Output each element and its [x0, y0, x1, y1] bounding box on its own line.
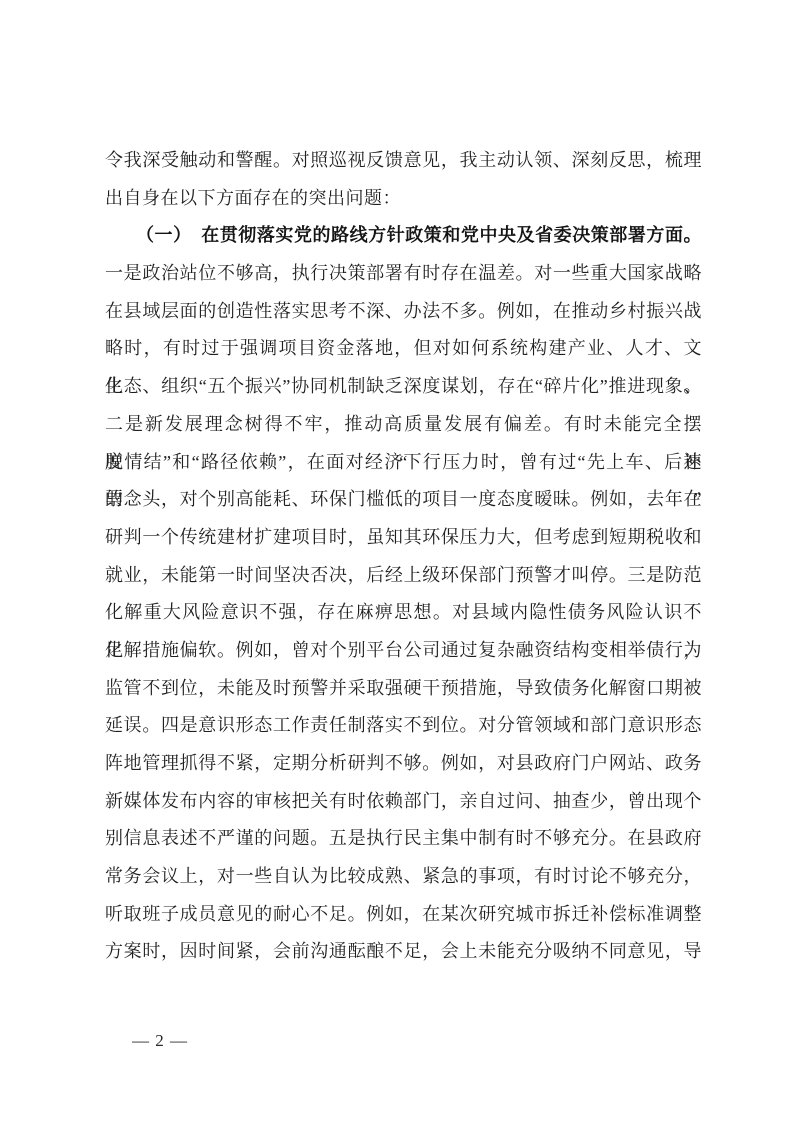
text-line: 一是政治站位不够高，执行决策部署有时存在温差。对一些重大国家战略	[105, 255, 702, 293]
text-line: 阵地管理抓得不紧，定期分析研判不够。例如，对县政府门户网站、政务	[105, 745, 702, 783]
text-line: 别信息表述不严谨的问题。五是执行民主集中制有时不够充分。在县政府	[105, 820, 702, 858]
text-line: 的念头，对个别高能耗、环保门槛低的项目一度态度暧昧。例如，去年在	[105, 481, 702, 519]
text-line: 化解措施偏软。例如，曾对个别平台公司通过复杂融资结构变相举债行为	[105, 632, 702, 670]
text-line: 监管不到位，未能及时预警并采取强硬干预措施，导致债务化解窗口期被	[105, 670, 702, 708]
document-lines: 令我深受触动和警醒。对照巡视反馈意见，我主动认领、深刻反思，梳理出自身在以下方面…	[105, 142, 702, 971]
text-line: 延误。四是意识形态工作责任制落实不到位。对分管领域和部门意识形态	[105, 707, 702, 745]
text-line: 研判一个传统建材扩建项目时，虽知其环保压力大，但考虑到短期税收和	[105, 519, 702, 557]
text-line: 出自身在以下方面存在的突出问题：	[105, 180, 702, 218]
text-line: 新媒体发布内容的审核把关有时依赖部门，亲自过问、抽查少，曾出现个	[105, 783, 702, 821]
text-line: 方案时，因时间紧，会前沟通酝酿不足，会上未能充分吸纳不同意见，导	[105, 933, 702, 971]
text-line: 化解重大风险意识不强，存在麻痹思想。对县域内隐性债务风险认识不足，	[105, 594, 702, 632]
text-line: 听取班子成员意见的耐心不足。例如，在某次研究城市拆迁补偿标准调整	[105, 896, 702, 934]
text-line: 就业，未能第一时间坚决否决，后经上级环保部门预警才叫停。三是防范	[105, 557, 702, 595]
text-line: 度情结”和“路径依赖”，在面对经济下行压力时，曾有过“先上车、后补票”	[105, 444, 702, 482]
document-page: 令我深受触动和警醒。对照巡视反馈意见，我主动认领、深刻反思，梳理出自身在以下方面…	[0, 0, 793, 1122]
text-line: 令我深受触动和警醒。对照巡视反馈意见，我主动认领、深刻反思，梳理	[105, 142, 702, 180]
text-line: 略时，有时过于强调项目资金落地，但对如何系统构建产业、人才、文化、	[105, 330, 702, 368]
section-heading-line: （一） 在贯彻落实党的路线方针政策和党中央及省委决策部署方面。	[105, 217, 702, 255]
text-line: 常务会议上，对一些自认为比较成熟、紧急的事项，有时讨论不够充分，	[105, 858, 702, 896]
page-number: — 2 —	[132, 1031, 188, 1051]
text-line: 生态、组织“五个振兴”协同机制缺乏深度谋划，存在“碎片化”推进现象。	[105, 368, 702, 406]
text-line: 在县域层面的创造性落实思考不深、办法不多。例如，在推动乡村振兴战	[105, 293, 702, 331]
text-line: 二是新发展理念树得不牢，推动高质量发展有偏差。有时未能完全摆脱“速	[105, 406, 702, 444]
